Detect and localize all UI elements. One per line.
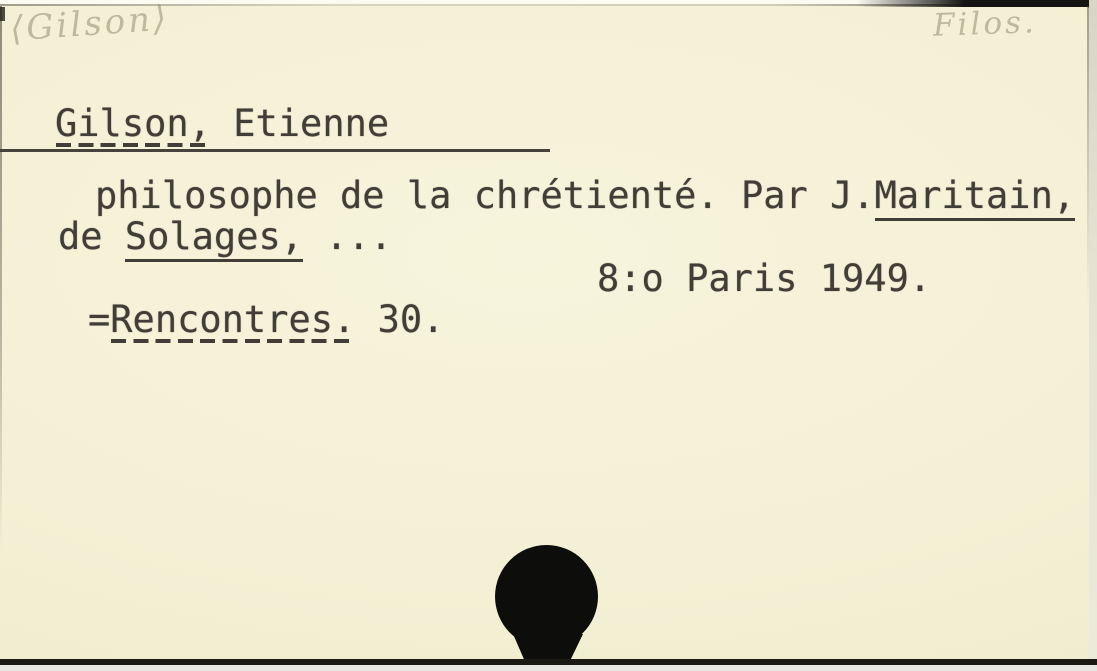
heading-line: Gilson, Etienne <box>55 105 389 147</box>
series-number: 30. <box>355 298 444 341</box>
authors-continued-line: de Solages, ... <box>58 218 392 262</box>
imprint-line: 8:o Paris 1949. <box>597 260 931 297</box>
author-solages: Solages, <box>125 218 303 262</box>
scan-bottom-margin <box>0 665 1097 671</box>
heading-forename: Etienne <box>211 102 389 145</box>
authors-continued-ellipsis: ... <box>303 215 392 258</box>
card-left-edge-line <box>0 6 2 551</box>
author-maritain: Maritain, <box>875 177 1075 221</box>
series-line: =Rencontres. 30. <box>88 301 444 343</box>
scan-right-margin <box>1089 0 1097 671</box>
punched-hole <box>495 545 598 648</box>
heading-surname: Gilson, <box>55 105 211 147</box>
title-statement-text: philosophe de la chrétienté. Par J. <box>95 174 875 217</box>
pencil-annotation-topleft: ⟨Gilson⟩ <box>9 0 171 50</box>
authors-continued-prefix: de <box>58 215 125 258</box>
catalog-card-scan: ⟨Gilson⟩ Filos. Gilson, Etienne philosop… <box>0 0 1097 671</box>
series-title: Rencontres. <box>110 301 355 343</box>
series-equals-sign: = <box>88 298 110 341</box>
heading-rule <box>0 149 550 152</box>
pencil-annotation-topright: Filos. <box>932 4 1037 44</box>
card-right-edge-line <box>1087 6 1089 306</box>
card-left-edge-notch <box>0 7 5 21</box>
